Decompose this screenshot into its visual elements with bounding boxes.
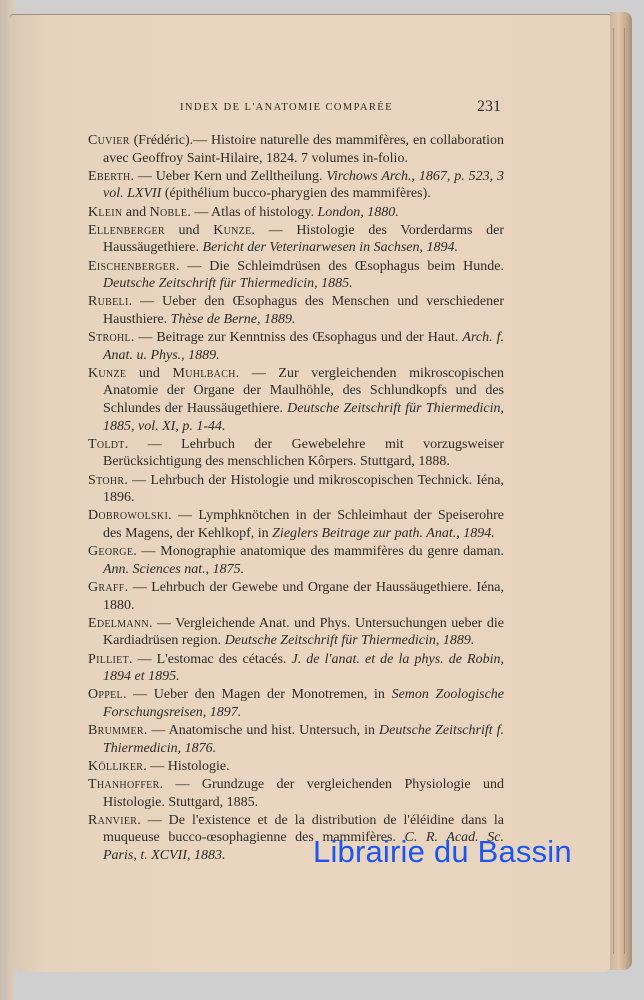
page-header: INDEX DE L'ANATOMIE COMPARÉE 231 [88,98,503,118]
entry-author: Strohl [88,330,131,345]
entry-text: . — Anatomische und hist. Untersuch, in [144,723,379,738]
entry-text: . — Lehrbuch der Gewebelehre mit vorzugs… [103,437,504,470]
bibliography-entry: Oppel. — Ueber den Magen der Monotremen,… [88,686,504,721]
entry-text: . — Ueber den Œsophagus des Menschen und… [103,294,504,327]
entry-text: (Frédéric).— Histoire naturelle des mamm… [103,133,504,166]
entry-author: Ellenberger [88,223,165,238]
entry-author: Kölliker [88,759,143,774]
bibliography-entry: George. — Monographie anatomique des mam… [88,543,504,578]
entry-citation: Deutsche Zeitschrift für Thiermedicin, 1… [103,276,353,291]
entry-citation: Bericht der Veterinarwesen in Sachsen, 1… [203,240,458,255]
bibliography-entry: Brummer. — Anatomische und hist. Untersu… [88,722,504,757]
entry-author: Kunze [88,366,126,381]
entry-author: George [88,544,133,559]
bibliography-entry: Ellenberger und Kunze. — Histologie des … [88,222,504,257]
entry-author: Edelmann [88,616,149,631]
entry-author: Dobrowolski [88,508,168,523]
bibliography-entry: Strohl. — Beitrage zur Kenntniss des Œso… [88,329,504,364]
entry-author: Klein [88,205,122,220]
entry-coauthor: Muhlbach [173,366,236,381]
bibliography-entry: Eischenberger. — Die Schleimdrüsen des Œ… [88,258,504,293]
entry-text: . — Ueber Kern und Zelltheilung. [131,169,327,184]
entry-text: . — Ueber den Magen der Monotremen, in [123,687,392,702]
entry-citation: Deutsche Zeitschrift für Thiermedicin, 1… [225,633,475,648]
bibliography-entry: Eberth. — Ueber Kern und Zelltheilung. V… [88,168,504,203]
bibliography-entry: Dobrowolski. — Lymphknötchen in der Schl… [88,507,504,542]
entry-author: Graff [88,580,125,595]
entry-author: Brummer [88,723,144,738]
entry-citation: Ann. Sciences nat., 1875. [103,562,244,577]
entry-author: Toldt [88,437,125,452]
entry-author: Eberth [88,169,131,184]
bibliography-entry: Rubeli. — Ueber den Œsophagus des Mensch… [88,293,504,328]
bibliography-entry: Toldt. — Lehrbuch der Gewebelehre mit vo… [88,436,504,471]
bibliography-entry: Stohr. — Lehrbuch der Histologie und mik… [88,472,504,507]
entry-text: (épithélium bucco-pharygien des mammifèr… [161,186,430,201]
bibliography-entry: Kunze und Muhlbach. — Zur vergleichenden… [88,365,504,435]
bibliography-entry: Cuvier (Frédéric).— Histoire naturelle d… [88,132,504,167]
bibliography-entry: Klein and Noble. — Atlas of histology. L… [88,204,504,222]
bibliography-entry: Graff. — Lehrbuch der Gewebe und Organe … [88,579,504,614]
entry-coauthor: Noble [150,205,188,220]
entry-text: . — Die Schleimdrüsen des Œsophagus beim… [176,259,504,274]
page-number: 231 [477,98,501,116]
page-block-edge [610,12,632,970]
entry-citation: Thèse de Berne, 1889. [171,312,296,327]
bibliography-entry: Thanhoffer. — Grundzuge der vergleichend… [88,776,504,811]
entry-author: Stohr [88,473,124,488]
entry-text: . — Grundzuge der vergleichenden Physiol… [103,777,504,810]
entry-author: Rubeli [88,294,129,309]
entry-text: . — Monographie anatomique des mammifère… [133,544,504,559]
entry-citation: London, 1880. [317,205,398,220]
entry-text: . — Lehrbuch der Gewebe und Organe der H… [103,580,504,613]
entry-text: . — Beitrage zur Kenntniss des Œsophagus… [131,330,463,345]
bibliography-entry: Edelmann. — Vergleichende Anat. und Phys… [88,615,504,650]
entry-text: and [122,205,149,220]
entry-author: Ranvier [88,813,137,828]
entry-author: Pilliet [88,652,129,667]
entry-text: und [165,223,213,238]
entry-text: . — Histologie. [143,759,229,774]
entry-coauthor: Kunze [213,223,251,238]
entry-text: und [126,366,172,381]
bibliography-entry: Pilliet. — L'estomac des cétacés. J. de … [88,651,504,686]
watermark: Librairie du Bassin [313,834,572,870]
bibliography-list: Cuvier (Frédéric).— Histoire naturelle d… [88,132,504,865]
entry-author: Oppel [88,687,123,702]
entry-author: Cuvier [88,133,130,148]
entry-text: . — Atlas of histology. [187,205,317,220]
bibliography-entry: Kölliker. — Histologie. [88,758,504,776]
entry-text: . — Lehrbuch der Histologie und mikrosco… [103,473,504,506]
entry-author: Eischenberger [88,259,176,274]
entry-author: Thanhoffer [88,777,160,792]
entry-text: . — L'estomac des cétacés. [129,652,292,667]
running-title: INDEX DE L'ANATOMIE COMPARÉE [180,102,393,113]
entry-citation: Zieglers Beitrage zur path. Anat., 1894. [272,526,495,541]
